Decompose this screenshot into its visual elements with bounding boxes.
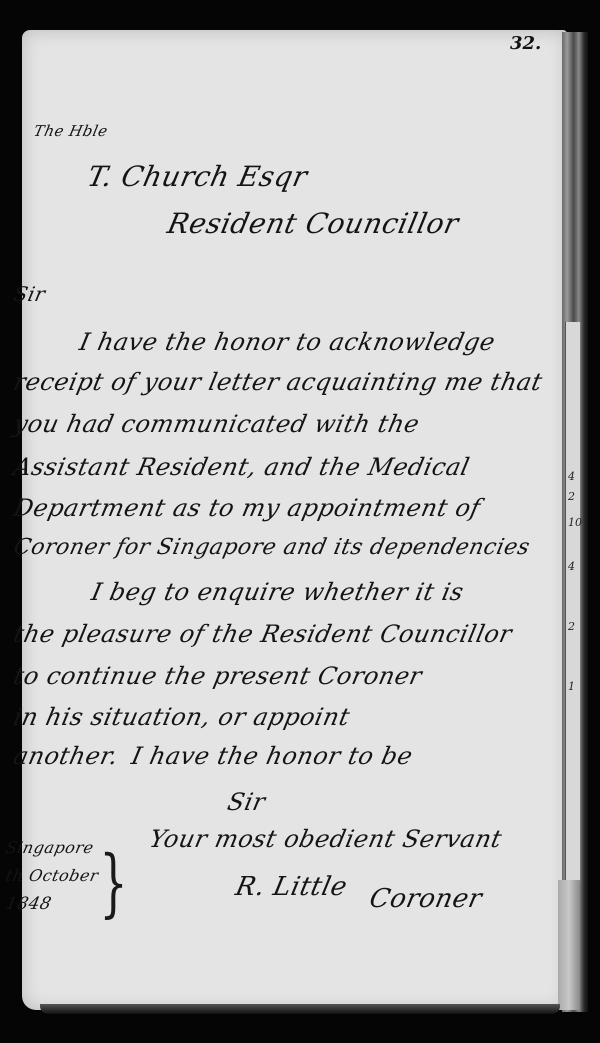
addressee-honorific: The Hble	[32, 122, 109, 140]
body-line-8: the pleasure of the Resident Councillor	[11, 620, 515, 648]
body-line-1: I have the honor to acknowledge	[77, 328, 498, 356]
salutation: Sir	[11, 282, 47, 306]
binding-lower-edge	[558, 880, 580, 1010]
margin-mark: 4	[568, 560, 575, 573]
margin-mark: 2	[568, 490, 575, 503]
dateline-day-month: th October	[4, 866, 100, 885]
body-line-5: Department as to my appointment of	[11, 494, 483, 522]
page-bottom-edge	[40, 1004, 560, 1014]
closing-line-1: I have the honor to be	[129, 742, 415, 770]
signature-title: Coroner	[367, 884, 485, 914]
margin-mark: 10	[568, 516, 582, 529]
body-line-9: to continue the present Coroner	[11, 662, 425, 690]
closing-line-2: Sir	[225, 788, 268, 816]
body-line-4: Assistant Resident, and the Medical	[11, 453, 472, 481]
margin-mark: 4	[568, 470, 575, 483]
body-line-3: you had communicated with the	[11, 410, 422, 438]
adjacent-page-strip	[565, 322, 581, 882]
margin-mark: 1	[568, 680, 575, 693]
dateline-year: 1848	[4, 894, 54, 914]
body-line-10: in his situation, or appoint	[11, 703, 352, 731]
body-line-2: receipt of your letter acquainting me th…	[11, 368, 545, 396]
dateline-brace: }	[99, 840, 127, 926]
addressee-name: T. Church Esqr	[84, 160, 310, 193]
body-line-7: I beg to enquire whether it is	[89, 578, 466, 606]
signature-name: R. Little	[233, 872, 350, 902]
addressee-title: Resident Councillor	[164, 207, 461, 240]
body-line-6: Coroner for Singapore and its dependenci…	[11, 535, 532, 560]
folio-number: 32.	[510, 33, 541, 54]
dateline-place: Singapore	[4, 838, 96, 857]
margin-mark: 2	[568, 620, 575, 633]
closing-line-3: Your most obedient Servant	[147, 825, 505, 853]
body-line-11: another.	[11, 742, 121, 770]
